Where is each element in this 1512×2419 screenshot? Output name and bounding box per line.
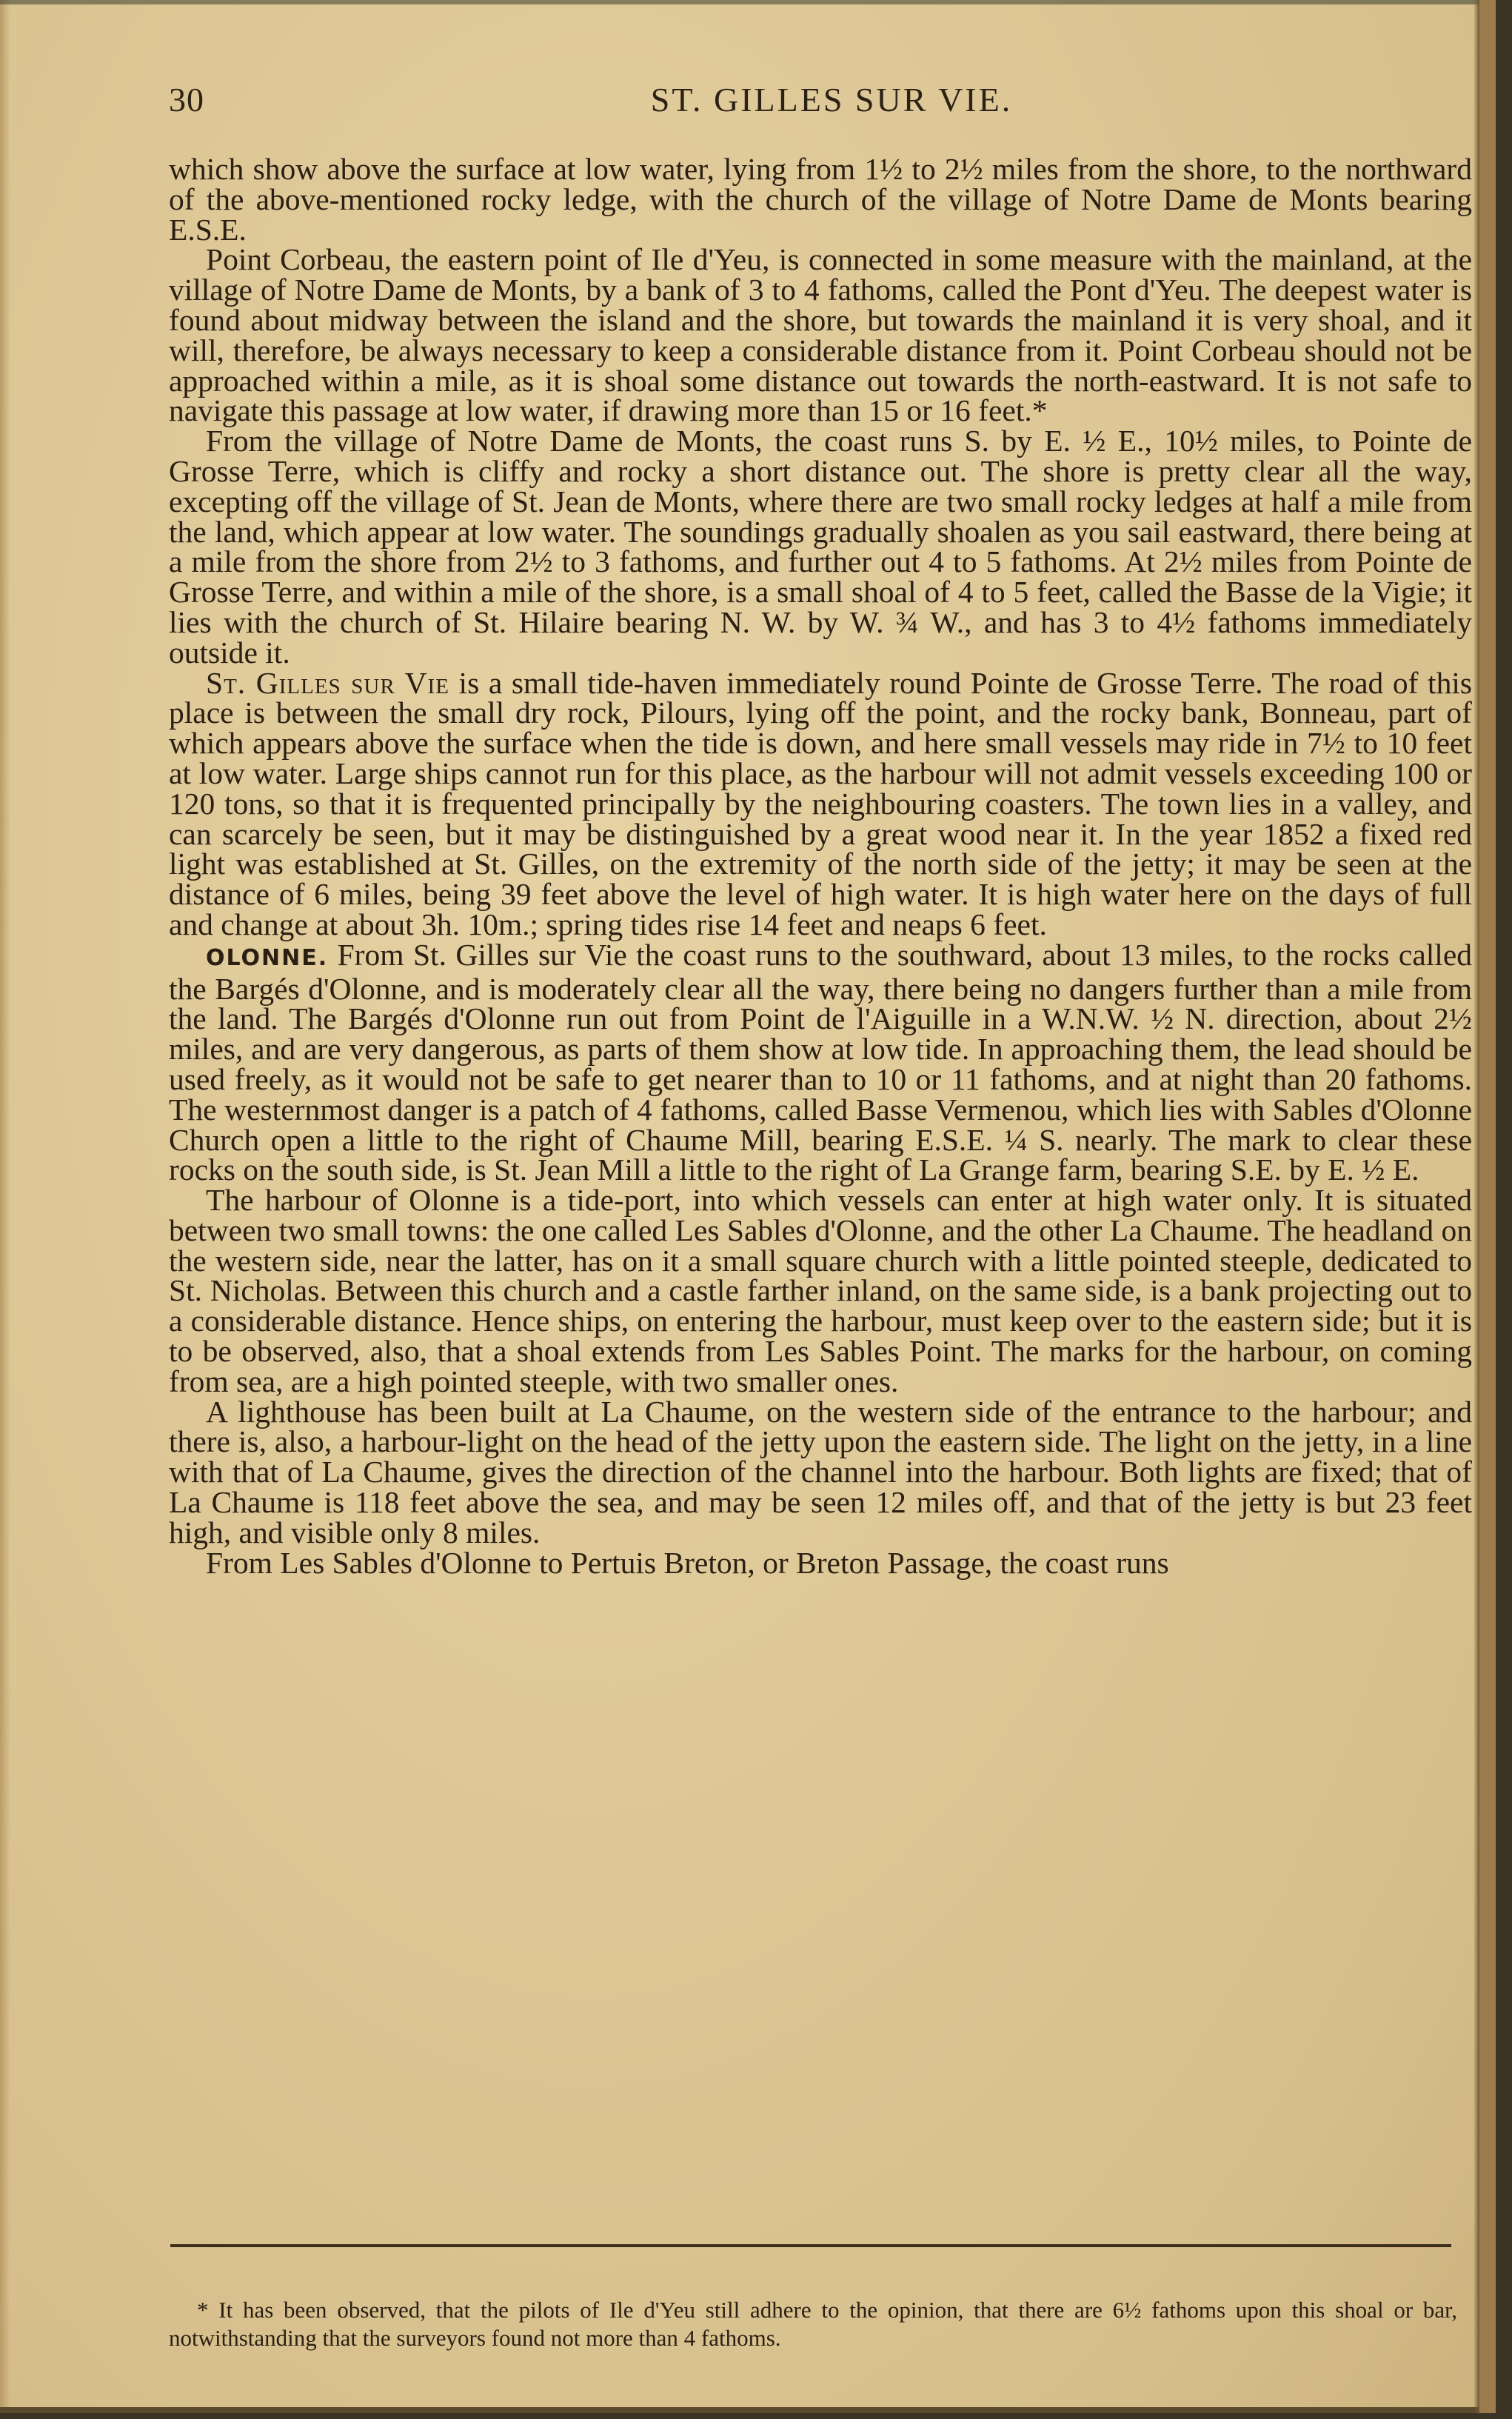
- page-top-edge: [0, 0, 1479, 4]
- book-page: 30 ST. GILLES SUR VIE. which show above …: [0, 0, 1496, 2413]
- footnote-divider: [170, 2244, 1451, 2247]
- paragraph-text: Point Corbeau, the eastern point of Ile …: [169, 242, 1472, 427]
- paragraph-pertuis-breton: From Les Sables d'Olonne to Pertuis Bret…: [169, 1548, 1472, 1578]
- running-head: 30 ST. GILLES SUR VIE.: [169, 80, 1472, 124]
- footnote: * It has been observed, that the pilots …: [169, 2296, 1457, 2352]
- section-heading-olonne: OLONNE.: [206, 945, 328, 971]
- page-bottom-edge: [0, 2407, 1479, 2413]
- body-text: which show above the surface at low wate…: [169, 154, 1472, 1578]
- paragraph-continuation: which show above the surface at low wate…: [169, 154, 1472, 244]
- paragraph-lighthouse: A lighthouse has been built at La Chaume…: [169, 1397, 1472, 1548]
- paragraph-olonne: OLONNE. From St. Gilles sur Vie the coas…: [169, 940, 1472, 1185]
- paragraph-text: A lighthouse has been built at La Chaume…: [169, 1395, 1472, 1549]
- paragraph-text: From St. Gilles sur Vie the coast runs t…: [169, 938, 1472, 1187]
- section-lead-smallcaps: St. Gilles sur Vie: [206, 666, 449, 700]
- paragraph-text: is a small tide-haven immediately round …: [169, 666, 1472, 941]
- paragraph-harbour-olonne: The harbour of Olonne is a tide-port, in…: [169, 1185, 1472, 1397]
- footnote-text: * It has been observed, that the pilots …: [169, 2296, 1457, 2352]
- paragraph-st-gilles: St. Gilles sur Vie is a small tide-haven…: [169, 668, 1472, 940]
- paragraph-text: The harbour of Olonne is a tide-port, in…: [169, 1183, 1472, 1398]
- paragraph-notre-dame-coast: From the village of Notre Dame de Monts,…: [169, 426, 1472, 667]
- paragraph-text: From the village of Notre Dame de Monts,…: [169, 424, 1472, 670]
- paragraph-text: which show above the surface at low wate…: [169, 152, 1472, 247]
- paragraph-point-corbeau: Point Corbeau, the eastern point of Ile …: [169, 244, 1472, 426]
- running-head-title: ST. GILLES SUR VIE.: [169, 80, 1472, 119]
- paragraph-text: From Les Sables d'Olonne to Pertuis Bret…: [206, 1546, 1169, 1580]
